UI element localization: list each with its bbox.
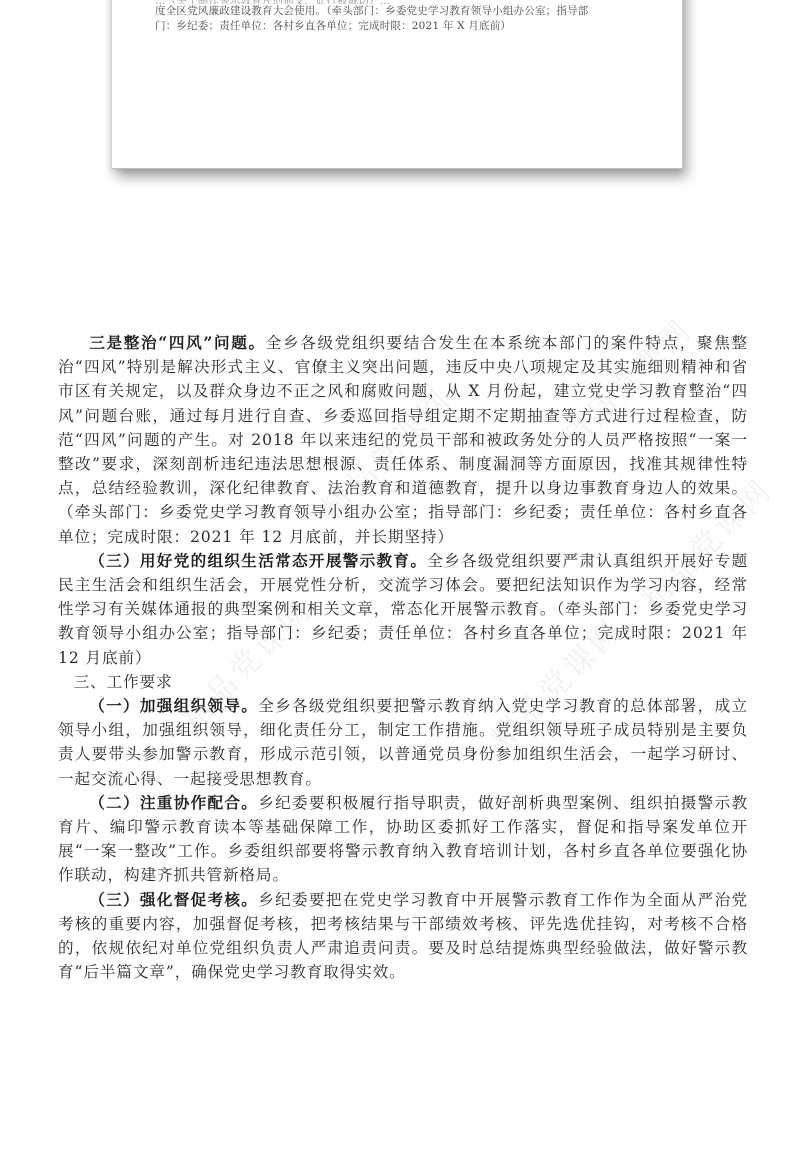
paragraph-lead: 三是整治“四风”问题。 <box>89 333 266 352</box>
document-body: 三是整治“四风”问题。全乡各级党组织要结合发生在本系统本部门的案件特点，聚焦整治… <box>58 331 748 984</box>
paragraph-organization-life: （三）用好党的组织生活常态开展警示教育。全乡各级党组织要严肃认真组织开展好专题民… <box>58 549 748 670</box>
paragraph-four-winds: 三是整治“四风”问题。全乡各级党组织要结合发生在本系统本部门的案件特点，聚焦整治… <box>58 331 748 549</box>
paragraph-lead: （三）强化督促考核。 <box>89 890 258 909</box>
paragraph-lead: （一）加强组织领导。 <box>89 696 258 715</box>
preview-text: …（关于制作警示教育片的前文，此行被裁切）… 度全区党风廉政建设教育大会使用。（… <box>155 0 655 34</box>
paragraph-text: 全乡各级党组织要结合发生在本系统本部门的案件特点，聚焦整治“四风”特别是解决形式… <box>58 334 748 546</box>
section-heading: 三、工作要求 <box>58 670 748 694</box>
page-preview-card: …（关于制作警示教育片的前文，此行被裁切）… 度全区党风廉政建设教育大会使用。（… <box>112 0 683 169</box>
paragraph-lead: （二）注重协作配合。 <box>89 793 258 812</box>
preview-line: 度全区党风廉政建设教育大会使用。（牵头部门：乡委党史学习教育领导小组办公室；指导… <box>155 4 655 19</box>
requirement-assessment: （三）强化督促考核。乡纪委要把在党史学习教育中开展警示教育工作作为全面从严治党考… <box>58 888 748 985</box>
preview-line: 门：乡纪委；责任单位：各村乡直各单位；完成时限：2021 年 X 月底前） <box>155 19 655 34</box>
preview-line-cut: …（关于制作警示教育片的前文，此行被裁切）… <box>155 0 655 4</box>
requirement-leadership: （一）加强组织领导。全乡各级党组织要把警示教育纳入党史学习教育的总体部署，成立领… <box>58 694 748 791</box>
paragraph-lead: （三）用好党的组织生活常态开展警示教育。 <box>89 551 427 570</box>
requirement-cooperation: （二）注重协作配合。乡纪委要积极履行指导职责，做好剖析典型案例、组织拍摄警示教育… <box>58 791 748 888</box>
